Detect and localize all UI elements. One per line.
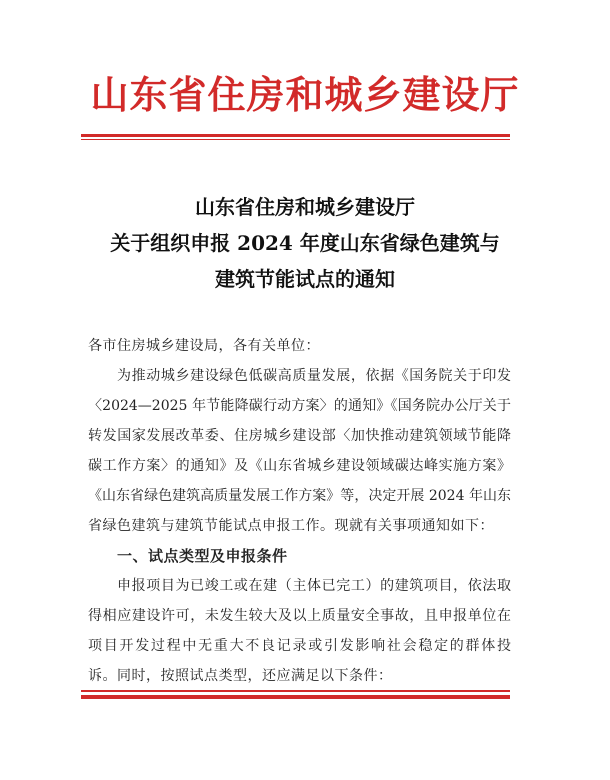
- body-text-line: 转发国家发展改革委、住房城乡建设部〈加快推动建筑领域节能降: [88, 421, 511, 451]
- masthead-rule-thick: [81, 134, 510, 137]
- body-text-line: 项目开发过程中无重大不良记录或引发影响社会稳定的群体投: [88, 631, 511, 661]
- body-text-line: 碳工作方案〉的通知》及《山东省城乡建设领域碳达峰实施方案》: [88, 451, 511, 481]
- official-notice-document: 山东省住房和城乡建设厅 山东省住房和城乡建设厅 关于组织申报 2024 年度山东…: [0, 0, 610, 780]
- footer-double-rule: [81, 690, 510, 699]
- body-text-line: 各市住房城乡建设局，各有关单位：: [88, 331, 511, 361]
- body-text-line: 省绿色建筑与建筑节能试点申报工作。现就有关事项通知如下：: [88, 511, 511, 541]
- document-body: 各市住房城乡建设局，各有关单位：为推动城乡建设绿色低碳高质量发展，依据《国务院关…: [88, 331, 511, 691]
- footer-rule-thick: [81, 695, 510, 699]
- footer-rule-thin: [81, 690, 510, 692]
- body-text-line: 诉。同时，按照试点类型，还应满足以下条件：: [88, 661, 511, 691]
- body-text-line: 一、试点类型及申报条件: [88, 541, 511, 571]
- body-text-line: 得相应建设许可，未发生较大及以上质量安全事故，且申报单位在: [88, 601, 511, 631]
- body-text-line: 申报项目为已竣工或在建（主体已完工）的建筑项目，依法取: [88, 571, 511, 601]
- masthead-rule-thin: [81, 139, 510, 140]
- body-text-line: 《山东省绿色建筑高质量发展工作方案》等，决定开展 2024 年山东: [88, 481, 511, 511]
- masthead-agency-title: 山东省住房和城乡建设厅: [0, 70, 610, 120]
- masthead-double-rule: [81, 134, 510, 140]
- document-title-line-1: 山东省住房和城乡建设厅: [0, 189, 610, 225]
- document-title-line-3: 建筑节能试点的通知: [0, 261, 610, 297]
- body-text-line: 为推动城乡建设绿色低碳高质量发展，依据《国务院关于印发: [88, 361, 511, 391]
- document-title: 山东省住房和城乡建设厅 关于组织申报 2024 年度山东省绿色建筑与 建筑节能试…: [0, 189, 610, 297]
- body-text-line: 〈2024—2025 年节能降碳行动方案〉的通知》《国务院办公厅关于: [88, 391, 511, 421]
- document-title-line-2: 关于组织申报 2024 年度山东省绿色建筑与: [0, 225, 610, 261]
